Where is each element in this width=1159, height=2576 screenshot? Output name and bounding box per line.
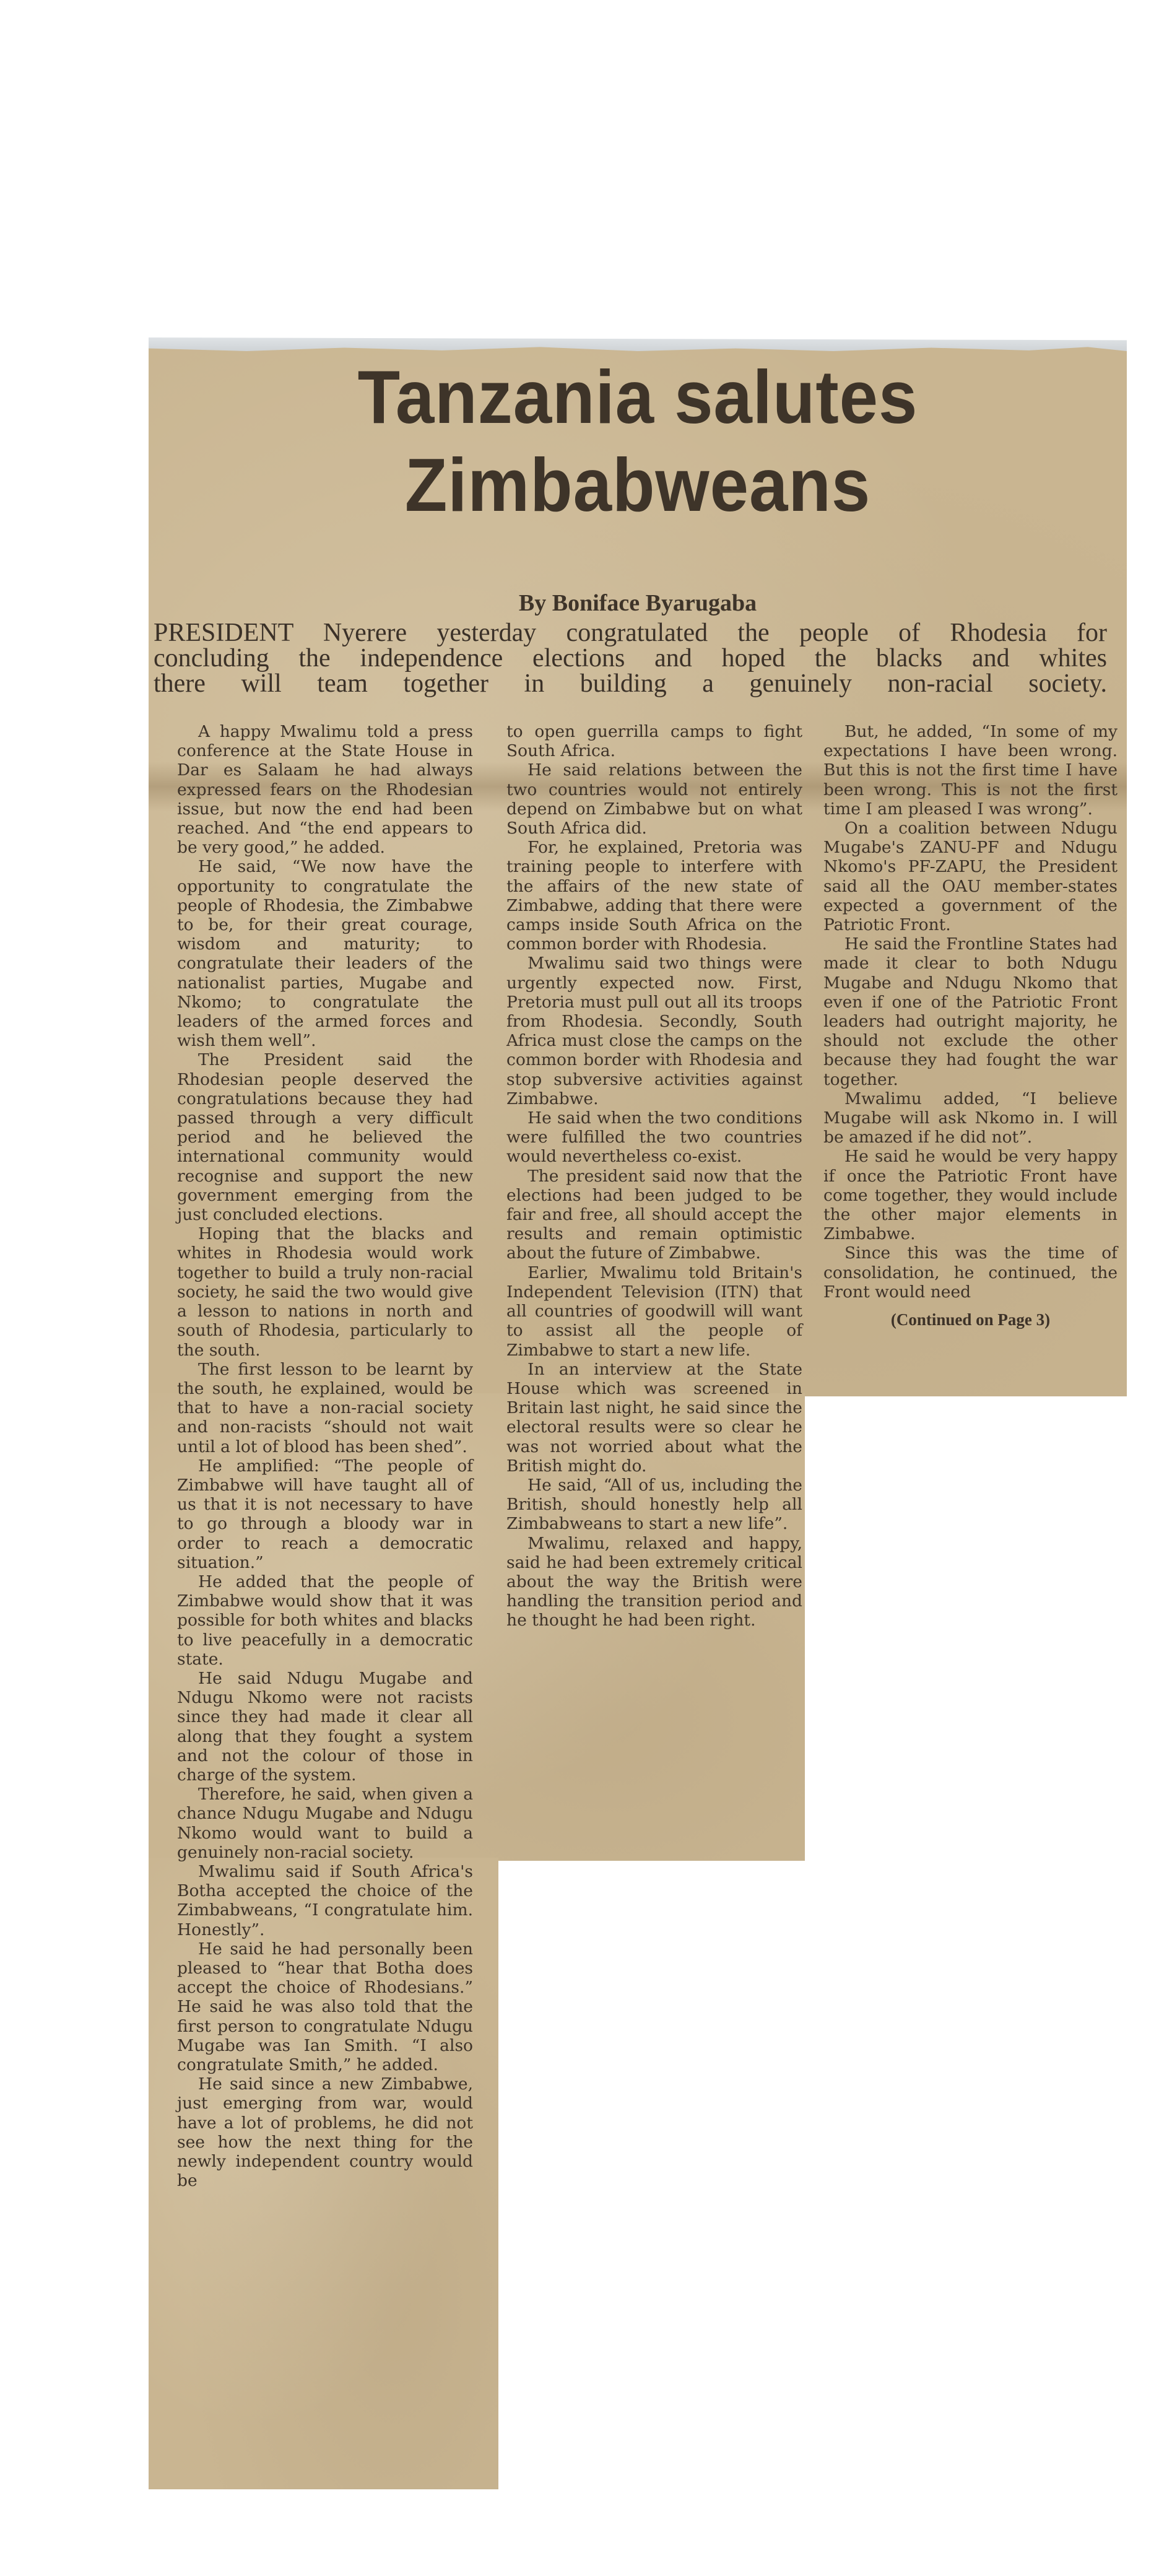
article-paragraph: Earlier, Mwalimu told Britain's Independ…: [506, 1263, 802, 1360]
article-paragraph: He amplified: “The people of Zimbabwe wi…: [177, 1456, 473, 1572]
article-paragraph: The president said now that the election…: [506, 1167, 802, 1263]
article-paragraph: Since this was the time of consolidation…: [823, 1243, 1118, 1302]
article-paragraph: He added that the people of Zimbabwe wou…: [177, 1572, 473, 1669]
headline-line-2: Zimbabweans: [188, 441, 1088, 529]
article-paragraph: But, he added, “In some of my expectatio…: [823, 722, 1118, 819]
lede-paragraph: PRESIDENT Nyerere yesterday congratulate…: [154, 620, 1107, 697]
article-column-3: But, he added, “In some of my expectatio…: [823, 722, 1118, 1329]
article-paragraph: Mwalimu, relaxed and happy, said he had …: [506, 1534, 802, 1630]
continued-on-page-note: (Continued on Page 3): [823, 1310, 1118, 1329]
lede-line-1: PRESIDENT Nyerere yesterday congratulate…: [154, 620, 1107, 646]
article-paragraph: The first lesson to be learnt by the sou…: [177, 1360, 473, 1456]
article-paragraph: He said, “All of us, including the Briti…: [506, 1476, 802, 1534]
article-paragraph: He said he would be very happy if once t…: [823, 1147, 1118, 1243]
headline-line-1: Tanzania salutes: [188, 353, 1088, 441]
article-paragraph: He said Ndugu Mugabe and Ndugu Nkomo wer…: [177, 1669, 473, 1785]
article-paragraph: Hoping that the blacks and whites in Rho…: [177, 1224, 473, 1359]
article-paragraph: In an interview at the State House which…: [506, 1360, 802, 1476]
article-paragraph: The President said the Rhodesian people …: [177, 1050, 473, 1224]
article-paragraph: Mwalimu added, “I believe Mugabe will as…: [823, 1089, 1118, 1147]
article-paragraph: For, he explained, Pretoria was training…: [506, 838, 802, 954]
article-paragraph: Therefore, he said, when given a chance …: [177, 1785, 473, 1862]
article-column-2: to open guerrilla camps to fight South A…: [506, 722, 802, 1630]
article-paragraph: On a coalition between Ndugu Mugabe's ZA…: [823, 819, 1118, 934]
article-paragraph: He said, “We now have the opportunity to…: [177, 857, 473, 1050]
article-paragraph: He said he had personally been pleased t…: [177, 1939, 473, 2074]
article-column-1: A happy Mwalimu told a press conference …: [177, 722, 473, 2190]
article-paragraph: He said the Frontline States had made it…: [823, 934, 1118, 1089]
headline: Tanzania salutes Zimbabweans: [188, 353, 1088, 529]
article-paragraph: He said since a new Zimbabwe, just emerg…: [177, 2074, 473, 2190]
lede-line-2: concluding the independence elections an…: [154, 646, 1107, 671]
article-paragraph: Mwalimu said if South Africa's Botha acc…: [177, 1862, 473, 1939]
article-paragraph: He said when the two conditions were ful…: [506, 1108, 802, 1167]
article-paragraph: Mwalimu said two things were urgently ex…: [506, 954, 802, 1108]
article-paragraph: A happy Mwalimu told a press conference …: [177, 722, 473, 857]
lede-line-3: there will team together in building a g…: [154, 671, 1107, 697]
article-paragraph: He said relations between the two countr…: [506, 760, 802, 838]
byline: By Boniface Byarugaba: [149, 590, 1127, 617]
article-paragraph: to open guerrilla camps to fight South A…: [506, 722, 802, 760]
